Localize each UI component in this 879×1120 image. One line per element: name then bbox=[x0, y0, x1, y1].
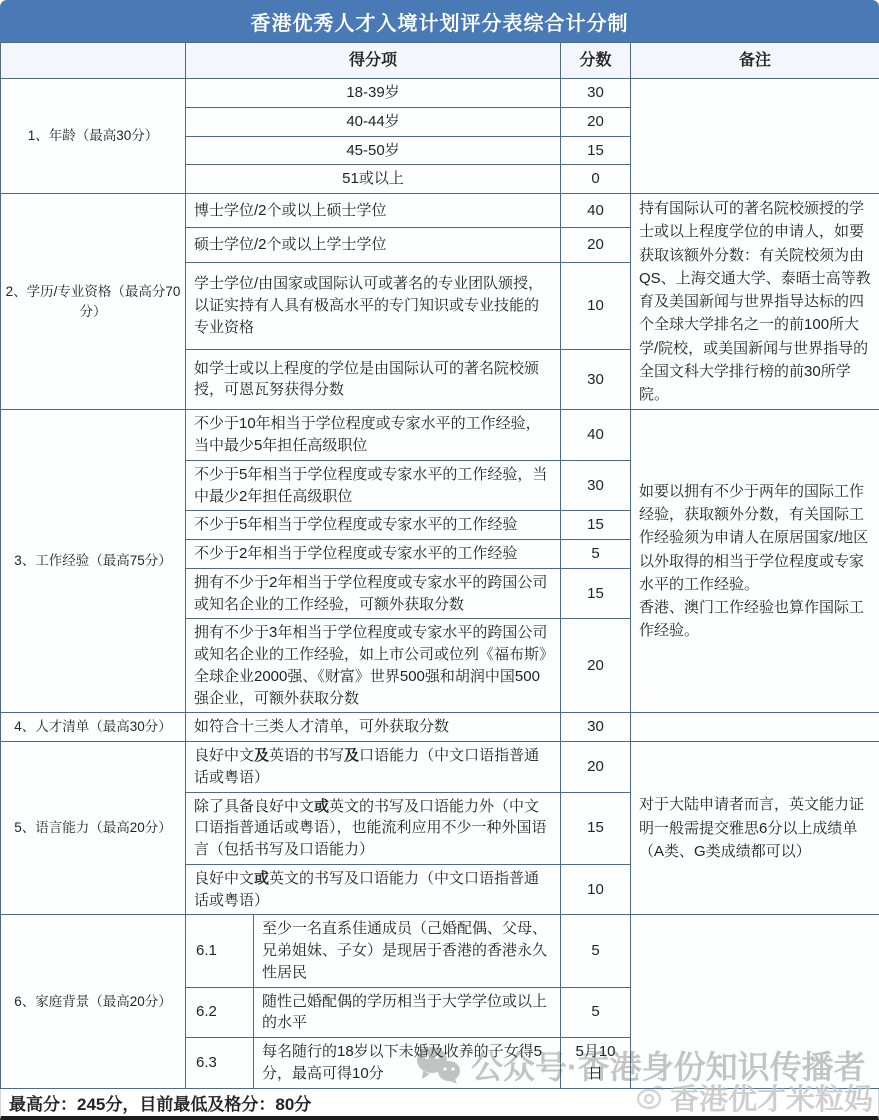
category-cell: 2、学历/专业资格（最高分70分） bbox=[1, 194, 186, 410]
item-cell: 如符合十三类人才清单，可外获取分数 bbox=[186, 713, 561, 742]
category-cell: 4、人才清单（最高30分） bbox=[1, 713, 186, 742]
table-row: 6、家庭背景（最高20分）6.1至少一名直系佳通成员（己婚配偶、父母、兄弟姐妹、… bbox=[1, 915, 879, 987]
score-cell: 5 bbox=[561, 540, 631, 569]
item-cell: 每名随行的18岁以下未婚及收养的子女得5分，最高可得10分 bbox=[254, 1038, 561, 1089]
score-cell: 15 bbox=[561, 568, 631, 619]
item-cell: 至少一名直系佳通成员（己婚配偶、父母、兄弟姐妹、子女）是现居于香港的香港永久性居… bbox=[254, 915, 561, 987]
item-cell: 18-39岁 bbox=[186, 79, 561, 108]
score-cell: 10 bbox=[561, 262, 631, 349]
remark-cell bbox=[631, 713, 879, 742]
header-remark: 备注 bbox=[631, 43, 879, 79]
remark-cell: 对于大陆申请者而言，英文能力证明一般需提交雅思6分以上成绩单（A类、G类成绩都可… bbox=[631, 742, 879, 915]
item-cell: 博士学位/2个或以上硕士学位 bbox=[186, 194, 561, 228]
score-cell: 30 bbox=[561, 349, 631, 410]
item-cell: 不少于10年相当于学位程度或专家水平的工作经验，当中最少5年担任高级职位 bbox=[186, 410, 561, 461]
item-cell: 40-44岁 bbox=[186, 107, 561, 136]
category-cell: 1、年龄（最高30分） bbox=[1, 79, 186, 194]
item-cell: 良好中文及英语的书写及口语能力（中文口语指普通话或粤语） bbox=[186, 742, 561, 793]
sub-index-cell: 6.2 bbox=[186, 987, 254, 1038]
category-cell: 6、家庭背景（最高20分） bbox=[1, 915, 186, 1088]
score-cell: 30 bbox=[561, 460, 631, 511]
score-cell: 5月10日 bbox=[561, 1038, 631, 1089]
score-cell: 10 bbox=[561, 864, 631, 915]
item-cell: 良好中文或英文的书写及口语能力（中文口语指普通话或粤语） bbox=[186, 864, 561, 915]
remark-cell bbox=[631, 915, 879, 1088]
score-cell: 15 bbox=[561, 511, 631, 540]
score-cell: 20 bbox=[561, 228, 631, 262]
item-cell: 45-50岁 bbox=[186, 136, 561, 165]
table-row: 4、人才清单（最高30分）如符合十三类人才清单，可外获取分数30 bbox=[1, 713, 879, 742]
table-row: 5、语言能力（最高20分）良好中文及英语的书写及口语能力（中文口语指普通话或粤语… bbox=[1, 742, 879, 793]
item-cell: 学士学位/由国家或国际认可或著名的专业团队颁授，以证实持有人具有极高水平的专门知… bbox=[186, 262, 561, 349]
score-cell: 40 bbox=[561, 410, 631, 461]
score-cell: 30 bbox=[561, 79, 631, 108]
item-cell: 不少于2年相当于学位程度或专家水平的工作经验 bbox=[186, 540, 561, 569]
header-empty-cell bbox=[1, 43, 186, 79]
item-cell: 拥有不少于3年相当于学位程度或专家水平的跨国公司或知名企业的工作经验，如上市公司… bbox=[186, 619, 561, 713]
table-row: 1、年龄（最高30分）18-39岁30 bbox=[1, 79, 879, 108]
item-cell: 拥有不少于2年相当于学位程度或专家水平的跨国公司或知名企业的工作经验，可额外获取… bbox=[186, 568, 561, 619]
sub-index-cell: 6.3 bbox=[186, 1038, 254, 1089]
category-cell: 5、语言能力（最高20分） bbox=[1, 742, 186, 915]
category-cell: 3、工作经验（最高75分） bbox=[1, 410, 186, 713]
item-cell: 除了具备良好中文或英文的书写及口语能力外（中文口语指普通话或粤语），也能流利应用… bbox=[186, 792, 561, 864]
score-cell: 30 bbox=[561, 713, 631, 742]
item-cell: 不少于5年相当于学位程度或专家水平的工作经验，当中最少2年担任高级职位 bbox=[186, 460, 561, 511]
page-title: 香港优秀人才入境计划评分表综合计分制 bbox=[0, 0, 879, 42]
score-cell: 40 bbox=[561, 194, 631, 228]
item-cell: 硕士学位/2个或以上学士学位 bbox=[186, 228, 561, 262]
header-score: 分数 bbox=[561, 43, 631, 79]
footer-text: 最高分：245分，目前最低及格分：80分 bbox=[9, 1090, 311, 1115]
item-cell: 51或以上 bbox=[186, 165, 561, 194]
footer-summary: 最高分：245分，目前最低及格分：80分 bbox=[0, 1089, 879, 1120]
table-row: 3、工作经验（最高75分）不少于10年相当于学位程度或专家水平的工作经验，当中最… bbox=[1, 410, 879, 461]
item-cell: 如学士或以上程度的学位是由国际认可的著名院校颁授，可恩瓦努获得分数 bbox=[186, 349, 561, 410]
table-row: 2、学历/专业资格（最高分70分）博士学位/2个或以上硕士学位40持有国际认可的… bbox=[1, 194, 879, 228]
scoring-sheet: 香港优秀人才入境计划评分表综合计分制 得分项 分数 备注 1、年龄（最高30分）… bbox=[0, 0, 879, 1120]
remark-cell: 如要以拥有不少于两年的国际工作经验，获取额外分数，有关国际工作经验须为申请人在原… bbox=[631, 410, 879, 713]
header-row: 得分项 分数 备注 bbox=[1, 43, 879, 79]
score-cell: 20 bbox=[561, 107, 631, 136]
remark-cell bbox=[631, 79, 879, 194]
item-cell: 不少于5年相当于学位程度或专家水平的工作经验 bbox=[186, 511, 561, 540]
score-cell: 5 bbox=[561, 915, 631, 987]
score-cell: 15 bbox=[561, 136, 631, 165]
score-cell: 0 bbox=[561, 165, 631, 194]
header-item: 得分项 bbox=[186, 43, 561, 79]
remark-cell: 持有国际认可的著名院校颁授的学士或以上程度学位的申请人，如要获取该额外分数：有关… bbox=[631, 194, 879, 410]
score-cell: 5 bbox=[561, 987, 631, 1038]
item-cell: 随性己婚配偶的学历相当于大学学位或以上的水平 bbox=[254, 987, 561, 1038]
score-cell: 15 bbox=[561, 792, 631, 864]
score-cell: 20 bbox=[561, 619, 631, 713]
sub-index-cell: 6.1 bbox=[186, 915, 254, 987]
score-cell: 20 bbox=[561, 742, 631, 793]
scoring-table: 得分项 分数 备注 1、年龄（最高30分）18-39岁3040-44岁2045-… bbox=[0, 42, 879, 1089]
